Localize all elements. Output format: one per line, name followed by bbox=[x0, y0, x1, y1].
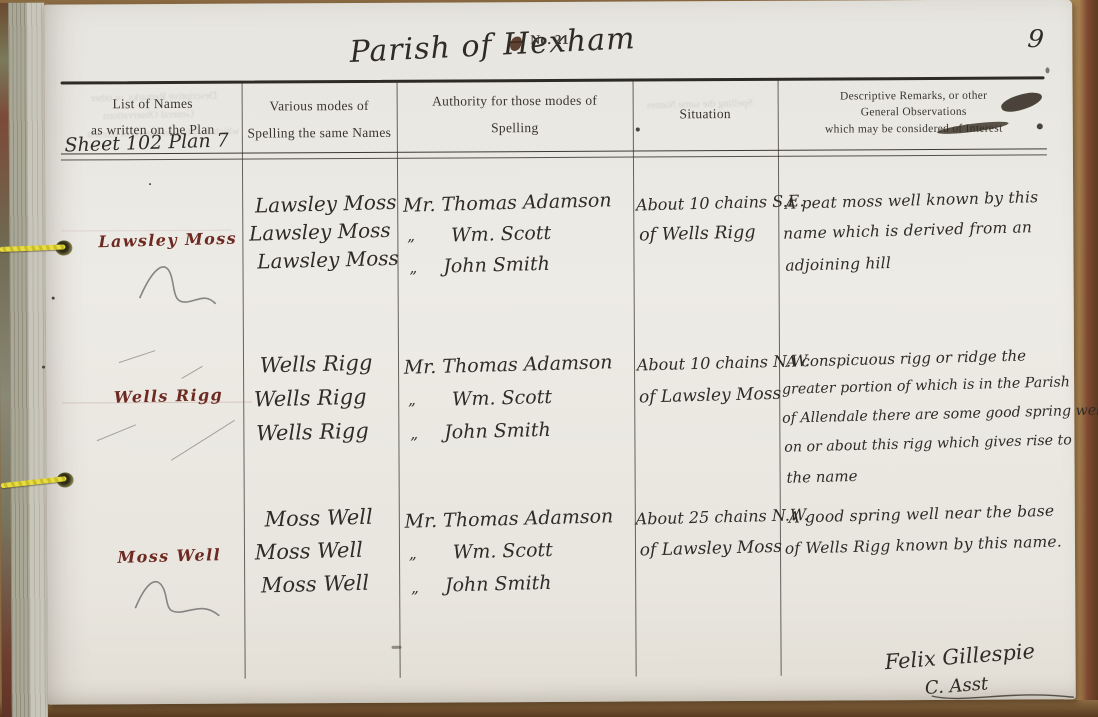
header-spelling-line1: Various modes of bbox=[242, 98, 397, 115]
table-row: Wells Rigg Wells Rigg Wells Rigg Wells R… bbox=[0, 0, 1096, 3]
remarks-line: the name bbox=[786, 467, 857, 487]
ink-speck bbox=[636, 128, 640, 132]
page-content: Descriptive Remarks, or other General Ob… bbox=[0, 0, 1098, 717]
ditto-mark: „ bbox=[410, 425, 418, 443]
remarks-line: greater portion of which is in the Paris… bbox=[782, 374, 1070, 398]
plan-name: Moss Well bbox=[97, 545, 242, 568]
spelling-entry: Lawsley Moss bbox=[257, 246, 399, 274]
header-spelling-line2: Spelling the same Names bbox=[242, 125, 397, 142]
scanned-book-photo: { "page": { "number": "9", "form_no": "N… bbox=[0, 0, 1098, 717]
remarks-line: A conspicuous rigg or ridge the bbox=[786, 346, 1027, 370]
spelling-entry: Moss Well bbox=[261, 571, 370, 598]
situation-line: of Lawsley Moss bbox=[639, 384, 782, 408]
authority-entry: John Smith bbox=[443, 253, 550, 278]
plan-name: Lawsley Moss bbox=[95, 229, 240, 252]
ditto-mark: „ bbox=[411, 579, 419, 597]
situation-line: About 10 chains N.W. bbox=[637, 351, 810, 375]
form-number: No. 21. bbox=[530, 32, 572, 48]
authority-entry: Mr. Thomas Adamson bbox=[404, 351, 613, 378]
table-row: Lawsley Moss Lawsley Moss Lawsley Moss L… bbox=[0, 0, 1096, 3]
remarks-line: of Wells Rigg known by this name. bbox=[785, 533, 1063, 558]
spelling-entry: Wells Rigg bbox=[256, 419, 369, 446]
ink-dot bbox=[1037, 123, 1043, 129]
authority-entry: Wm. Scott bbox=[451, 222, 552, 247]
table-row: Moss Well Moss Well Moss Well Moss Well … bbox=[0, 0, 1096, 3]
column-rule bbox=[778, 79, 782, 676]
spelling-entry: Moss Well bbox=[254, 538, 363, 565]
ink-speck bbox=[149, 183, 151, 185]
situation-line: About 25 chains N.W. bbox=[635, 505, 808, 529]
ink-speck bbox=[1045, 67, 1049, 73]
authority-entry: Mr. Thomas Adamson bbox=[403, 189, 612, 216]
ink-speck bbox=[42, 366, 45, 369]
table-top-rule bbox=[61, 76, 1045, 84]
header-names-line1: List of Names bbox=[64, 96, 242, 113]
ink-speck bbox=[52, 297, 55, 300]
signature-flourish bbox=[932, 687, 1077, 706]
pencil-mark bbox=[181, 366, 202, 379]
ditto-mark: „ bbox=[408, 391, 416, 409]
check-squiggle bbox=[137, 258, 217, 310]
header-authority-line1: Authority for those modes of bbox=[397, 93, 633, 110]
column-rule bbox=[242, 82, 246, 679]
authority-entry: Wm. Scott bbox=[452, 386, 553, 411]
remarks-line: of Allendale there are some good spring … bbox=[782, 402, 1098, 427]
spelling-entry: Moss Well bbox=[264, 505, 373, 532]
pencil-mark bbox=[97, 424, 136, 441]
column-rule bbox=[633, 80, 637, 677]
ditto-mark: „ bbox=[409, 259, 417, 277]
column-rule bbox=[397, 81, 401, 678]
check-squiggle bbox=[133, 574, 223, 622]
situation-line: of Lawsley Moss bbox=[640, 537, 783, 561]
authority-entry: John Smith bbox=[444, 419, 551, 444]
ditto-mark: „ bbox=[407, 227, 415, 245]
authority-entry: Mr. Thomas Adamson bbox=[404, 505, 613, 532]
header-remarks-line3: which may be considered of Interest bbox=[778, 122, 1050, 135]
surveyor-signature: Felix Gillespie bbox=[884, 639, 1036, 674]
spelling-entry: Wells Rigg bbox=[254, 385, 367, 412]
authority-entry: John Smith bbox=[445, 572, 552, 597]
spelling-entry: Lawsley Moss bbox=[255, 190, 397, 218]
remarks-line: name which is derived from an bbox=[783, 218, 1032, 243]
remarks-line: adjoining hill bbox=[785, 254, 891, 275]
ink-speck bbox=[392, 646, 402, 649]
plan-name: Wells Rigg bbox=[96, 385, 241, 408]
remarks-line: on or about this rigg which gives rise t… bbox=[784, 432, 1072, 456]
authority-entry: Wm. Scott bbox=[452, 539, 553, 564]
header-authority-line2: Spelling bbox=[397, 120, 633, 137]
remarks-line: A good spring well near the base bbox=[788, 502, 1054, 527]
parish-title: Parish of Hexham bbox=[349, 21, 636, 70]
header-situation: Situation bbox=[633, 106, 778, 123]
pencil-mark bbox=[119, 350, 155, 363]
pencil-mark bbox=[171, 420, 235, 461]
scanned-page: Descriptive Remarks, or other General Ob… bbox=[0, 0, 1098, 717]
spelling-entry: Wells Rigg bbox=[259, 351, 372, 378]
remarks-line: A peat moss well known by this bbox=[785, 188, 1039, 213]
situation-line: of Wells Rigg bbox=[639, 222, 756, 245]
page-number: 9 bbox=[1026, 24, 1045, 54]
spelling-entry: Lawsley Moss bbox=[249, 218, 391, 246]
ditto-mark: „ bbox=[409, 545, 417, 563]
